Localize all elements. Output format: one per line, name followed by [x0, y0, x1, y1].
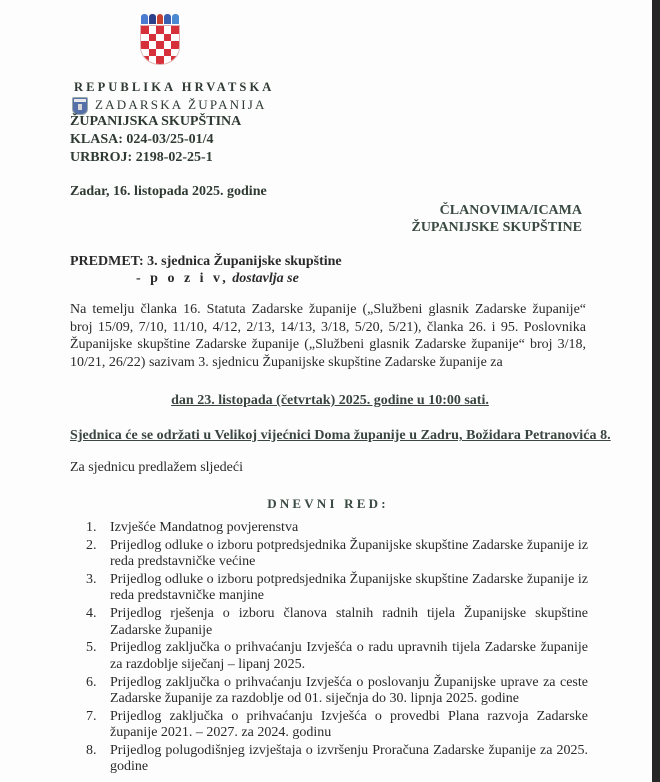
agenda-item-text: Prijedlog zaključka o prihvaćanju Izvješ… — [110, 709, 588, 742]
agenda-item: 7.Prijedlog zaključka o prihvaćanju Izvj… — [82, 709, 588, 742]
agenda-item-number: 5. — [82, 640, 110, 673]
subject-note: dostavlja se — [232, 271, 299, 286]
recipient-line-1: ČLANOVIMA/ICAMA — [440, 203, 582, 219]
agenda-item: 2.Prijedlog odluke o izboru potpredsjedn… — [82, 538, 588, 571]
agenda-item-text: Prijedlog polugodišnjeg izvještaja o izv… — [110, 743, 588, 776]
agenda-item-number: 1. — [82, 520, 110, 536]
recipient-line-2: ŽUPANIJSKE SKUPŠTINE — [411, 220, 582, 236]
agenda-item: 3.Prijedlog odluke o izboru potpredsjedn… — [82, 572, 588, 605]
agenda-item: 5.Prijedlog zaključka o prihvaćanju Izvj… — [82, 640, 588, 673]
agenda-title: DNEVNI RED: — [0, 496, 652, 512]
subject-dash: - — [136, 271, 150, 286]
county-name: ZADARSKA ŽUPANIJA — [95, 97, 267, 113]
agenda-item: 1.Izvješće Mandatnog povjerenstva — [82, 520, 588, 536]
agenda-item-number: 6. — [82, 675, 110, 708]
agenda-item-number: 3. — [82, 572, 110, 605]
agenda-item: 6.Prijedlog zaključka o prihvaćanju Izvj… — [82, 675, 588, 708]
subject-subline: - p o z i v, dostavlja se — [136, 271, 299, 287]
agenda-item: 8.Prijedlog polugodišnjeg izvještaja o i… — [82, 743, 588, 776]
agenda-item-number: 4. — [82, 606, 110, 639]
subject-poziv: p o z i v, — [150, 271, 229, 286]
viewer-scrollbar-edge[interactable] — [652, 0, 660, 782]
urbroj-reference: URBROJ: 2198-02-25-1 — [70, 150, 213, 166]
assembly-name: ŽUPANIJSKA SKUPŠTINA — [70, 114, 241, 130]
agenda-item-text: Prijedlog rješenja o izboru članova stal… — [110, 606, 588, 639]
meeting-time: dan 23. listopada (četvrtak) 2025. godin… — [0, 393, 652, 409]
croatian-coat-of-arms-icon — [140, 14, 180, 68]
agenda-item-number: 8. — [82, 743, 110, 776]
subject-line: PREDMET: 3. sjednica Županijske skupštin… — [70, 254, 342, 270]
agenda-intro: Za sjednicu predlažem sljedeći — [70, 460, 243, 476]
agenda-item: 4.Prijedlog rješenja o izboru članova st… — [82, 606, 588, 639]
coat-crown — [141, 14, 179, 24]
agenda-item-number: 2. — [82, 538, 110, 571]
klasa-reference: KLASA: 024-03/25-01/4 — [70, 132, 214, 148]
legal-basis-paragraph: Na temelju članka 16. Statuta Zadarske ž… — [70, 301, 586, 371]
agenda-list: 1.Izvješće Mandatnog povjerenstva 2.Prij… — [82, 520, 588, 777]
agenda-item-text: Prijedlog odluke o izboru potpredsjednik… — [110, 572, 588, 605]
agenda-item-number: 7. — [82, 709, 110, 742]
agenda-item-text: Izvješće Mandatnog povjerenstva — [110, 520, 588, 536]
checkerboard-shield — [140, 25, 180, 65]
republic-name: REPUBLIKA HRVATSKA — [74, 80, 274, 95]
zadar-county-emblem-icon — [72, 97, 88, 115]
document-page: REPUBLIKA HRVATSKA ZADARSKA ŽUPANIJA ŽUP… — [0, 0, 652, 782]
agenda-item-text: Prijedlog odluke o izboru potpredsjednik… — [110, 538, 588, 571]
agenda-item-text: Prijedlog zaključka o prihvaćanju Izvješ… — [110, 675, 588, 708]
place-date: Zadar, 16. listopada 2025. godine — [70, 184, 267, 200]
meeting-place: Sjednica će se održati u Velikoj vijećni… — [70, 428, 611, 444]
agenda-item-text: Prijedlog zaključka o prihvaćanju Izvješ… — [110, 640, 588, 673]
